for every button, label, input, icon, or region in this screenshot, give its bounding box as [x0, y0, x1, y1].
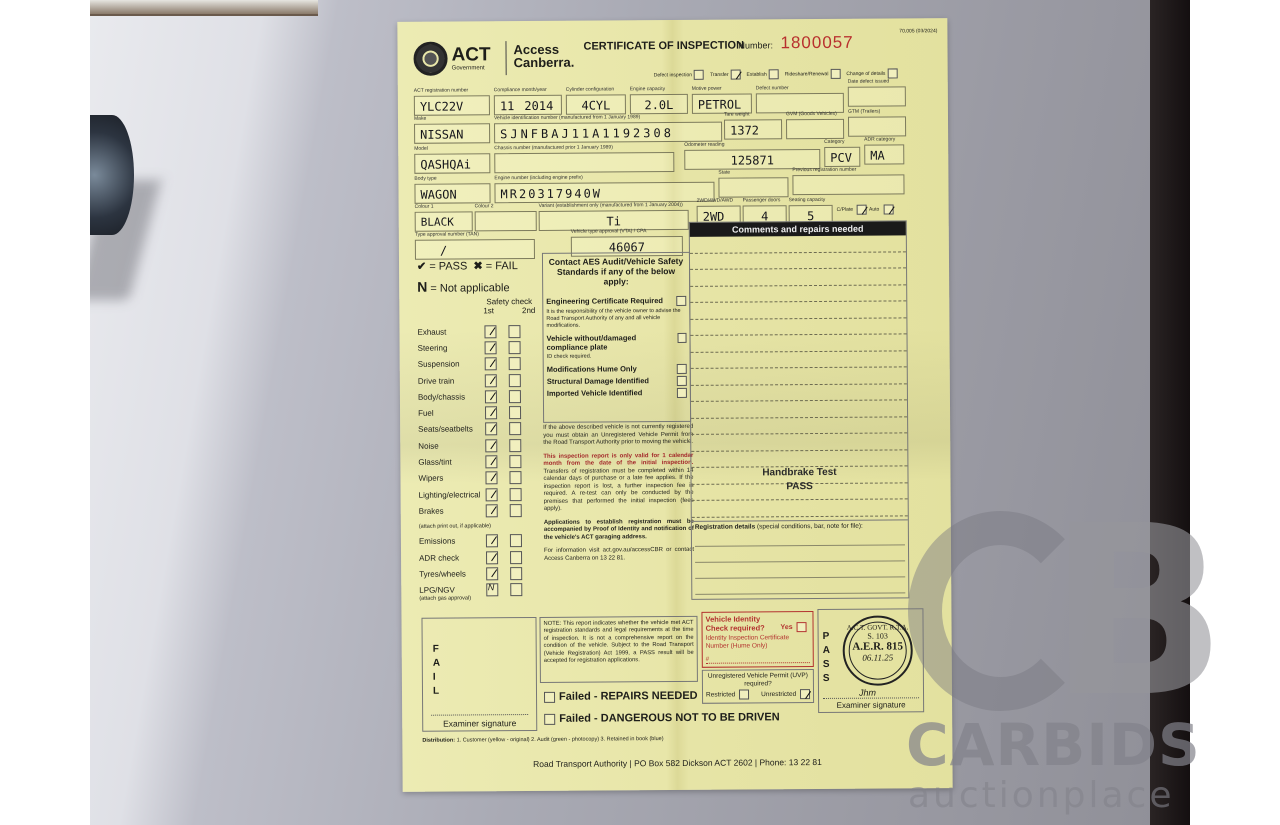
safety-row-brakes: Brakes: [419, 502, 534, 519]
compliance-field: Compliance month/year 112014: [494, 87, 562, 115]
model-field: Model QASHQAi: [414, 145, 490, 174]
structural-damage-checkbox[interactable]: [677, 376, 687, 386]
logo-divider: [505, 41, 506, 75]
dark-object: [90, 115, 134, 235]
registration-details: Registration details (special conditions…: [692, 519, 909, 597]
safety-row-body-chassis: Body/chassis: [418, 388, 533, 405]
date-defect-issued-field: Date defect issued: [848, 78, 906, 106]
safety-row-adr: ADR check: [419, 549, 534, 566]
inspection-certificate: ACT Government Access Canberra. CERTIFIC…: [397, 18, 952, 792]
certificate-number: 1800057: [780, 33, 853, 54]
cplate-checkbox[interactable]: [857, 205, 867, 215]
transfer-checkbox[interactable]: [730, 70, 740, 80]
act-crest-icon: [413, 42, 447, 76]
safety-check-header: Safety check 1st2nd: [483, 297, 535, 315]
adr-category-field: ADR category MA: [864, 136, 904, 164]
footer-address: Road Transport Authority | PO Box 582 Di…: [402, 756, 952, 770]
gvm-field: GVM (Goods Vehicles): [786, 111, 844, 139]
dark-edge-strip: [1150, 0, 1190, 825]
cplate-auto-checks: C/Plate Auto: [837, 204, 909, 215]
safety-row-glass: Glass/tint: [418, 453, 533, 470]
uvp-restricted-checkbox[interactable]: [739, 689, 749, 699]
engine-number-field: Engine number (including engine prefix) …: [494, 174, 714, 204]
tare-weight-field: Tare weight 1372: [724, 111, 782, 139]
uvp-unrestricted-checkbox[interactable]: [800, 689, 810, 699]
photo-background: ACT Government Access Canberra. CERTIFIC…: [90, 0, 1190, 825]
gtm-field: GTM (Trailers): [848, 108, 906, 136]
examiner-stamp: A.C.T. GOVT. R.T.A. S. 103 A.E.R. 815 06…: [842, 615, 912, 685]
access-canberra-logo: Access Canberra.: [513, 43, 574, 69]
failed-dangerous-option: Failed - DANGEROUS NOT TO BE DRIVEN: [542, 711, 780, 725]
rideshare-renewal-checkbox[interactable]: [830, 69, 840, 79]
safety-row-fuel: Fuel: [418, 404, 533, 421]
note-box: NOTE: This report indicates whether the …: [539, 616, 697, 683]
imported-vehicle-checkbox[interactable]: [677, 388, 687, 398]
pass-signature-box: P A S S A.C.T. GOVT. R.T.A. S. 103 A.E.R…: [817, 608, 924, 713]
engine-capacity-field: Engine capacity 2.0L: [630, 86, 688, 114]
previous-registration-field: Previous registration number: [792, 166, 904, 195]
safety-row-lighting: Lighting/electrical: [419, 486, 534, 503]
chassis-field: Chassis number (manufactured prior 1 Jan…: [494, 144, 674, 173]
vehicle-identity-check-box: Vehicle Identity Check required? Yes Ide…: [701, 611, 813, 668]
distribution-note: Distribution: 1. Customer (yellow - orig…: [422, 736, 663, 744]
cross-icon: ✖: [473, 260, 482, 272]
colour1-field: Colour 1 BLACK: [415, 203, 473, 231]
variant-field: Variant (establishment only (manufacture…: [539, 202, 689, 231]
information-text: If the above described vehicle is not cu…: [543, 424, 694, 569]
engineering-cert-checkbox[interactable]: [676, 296, 686, 306]
fail-signature-box: F A I L Examiner signature: [421, 617, 537, 732]
defect-inspection-checkbox[interactable]: [694, 70, 704, 80]
safety-check-list: Exhaust Steering Suspension Drive train …: [417, 323, 534, 603]
colour2-field: Colour 2: [475, 203, 537, 231]
number-label: Number:: [738, 40, 773, 50]
state-field: State: [718, 169, 788, 197]
brakes-note: (attach print out, if applicable): [419, 519, 534, 534]
uvp-box: Unregistered Vehicle Permit (UVP) requir…: [702, 669, 814, 704]
modifications-checkbox[interactable]: [677, 364, 687, 374]
vic-yes-checkbox[interactable]: [797, 622, 807, 632]
motive-power-field: Motive power PETROL: [692, 85, 752, 113]
establish-checkbox[interactable]: [769, 69, 779, 79]
result-legend: ✔ = PASS ✖ = FAIL N = Not applicable: [417, 259, 518, 301]
safety-row-noise: Noise: [418, 437, 533, 454]
safety-row-seats: Seats/seatbelts: [418, 421, 533, 438]
change-of-details-checkbox[interactable]: [887, 68, 897, 78]
auto-checkbox[interactable]: [883, 204, 893, 214]
safety-row-emissions: Emissions: [419, 533, 534, 550]
compliance-plate-checkbox[interactable]: [678, 333, 687, 343]
defect-number-field: Defect number: [756, 85, 844, 114]
make-field: Make NISSAN: [414, 115, 490, 144]
safety-row-exhaust: Exhaust: [417, 323, 532, 340]
safety-row-suspension: Suspension: [418, 356, 533, 373]
safety-row-steering: Steering: [418, 339, 533, 356]
na-icon: N: [417, 279, 427, 295]
tan-field: Type approval number (TAN) /: [415, 231, 535, 260]
act-government-logo: ACT Government: [413, 41, 490, 76]
registration-field: ACT registration number YLC22V: [414, 87, 490, 116]
examiner-signature: Jhm: [859, 688, 876, 698]
category-field: Category PCV: [824, 139, 860, 167]
certificate-title: CERTIFICATE OF INSPECTION: [583, 40, 744, 53]
failed-dangerous-checkbox[interactable]: [544, 713, 555, 724]
failed-repairs-checkbox[interactable]: [544, 691, 555, 702]
safety-row-wipers: Wipers: [418, 470, 533, 487]
body-type-field: Body type WAGON: [414, 175, 490, 204]
handbrake-test-note: Handbrake Test PASS: [691, 465, 907, 495]
aes-contact-box: Contact AES Audit/Vehicle Safety Standar…: [542, 252, 691, 423]
safety-row-tyres: Tyres/wheels: [419, 565, 534, 582]
vin-field: Vehicle identification number (manufactu…: [494, 114, 722, 144]
comments-repairs-box: Comments and repairs needed Handbrake Te…: [689, 220, 910, 600]
failed-repairs-option: Failed - REPAIRS NEEDED: [542, 690, 698, 703]
odometer-field: Odometer reading 125871: [684, 141, 820, 170]
picture-frame-edge: [90, 0, 318, 16]
cylinder-field: Cylinder configuration 4CYL: [566, 86, 626, 114]
form-code: 70,005 (03/2024): [899, 28, 937, 34]
tick-icon: ✔: [417, 261, 426, 273]
safety-row-drive-train: Drive train: [418, 372, 533, 389]
